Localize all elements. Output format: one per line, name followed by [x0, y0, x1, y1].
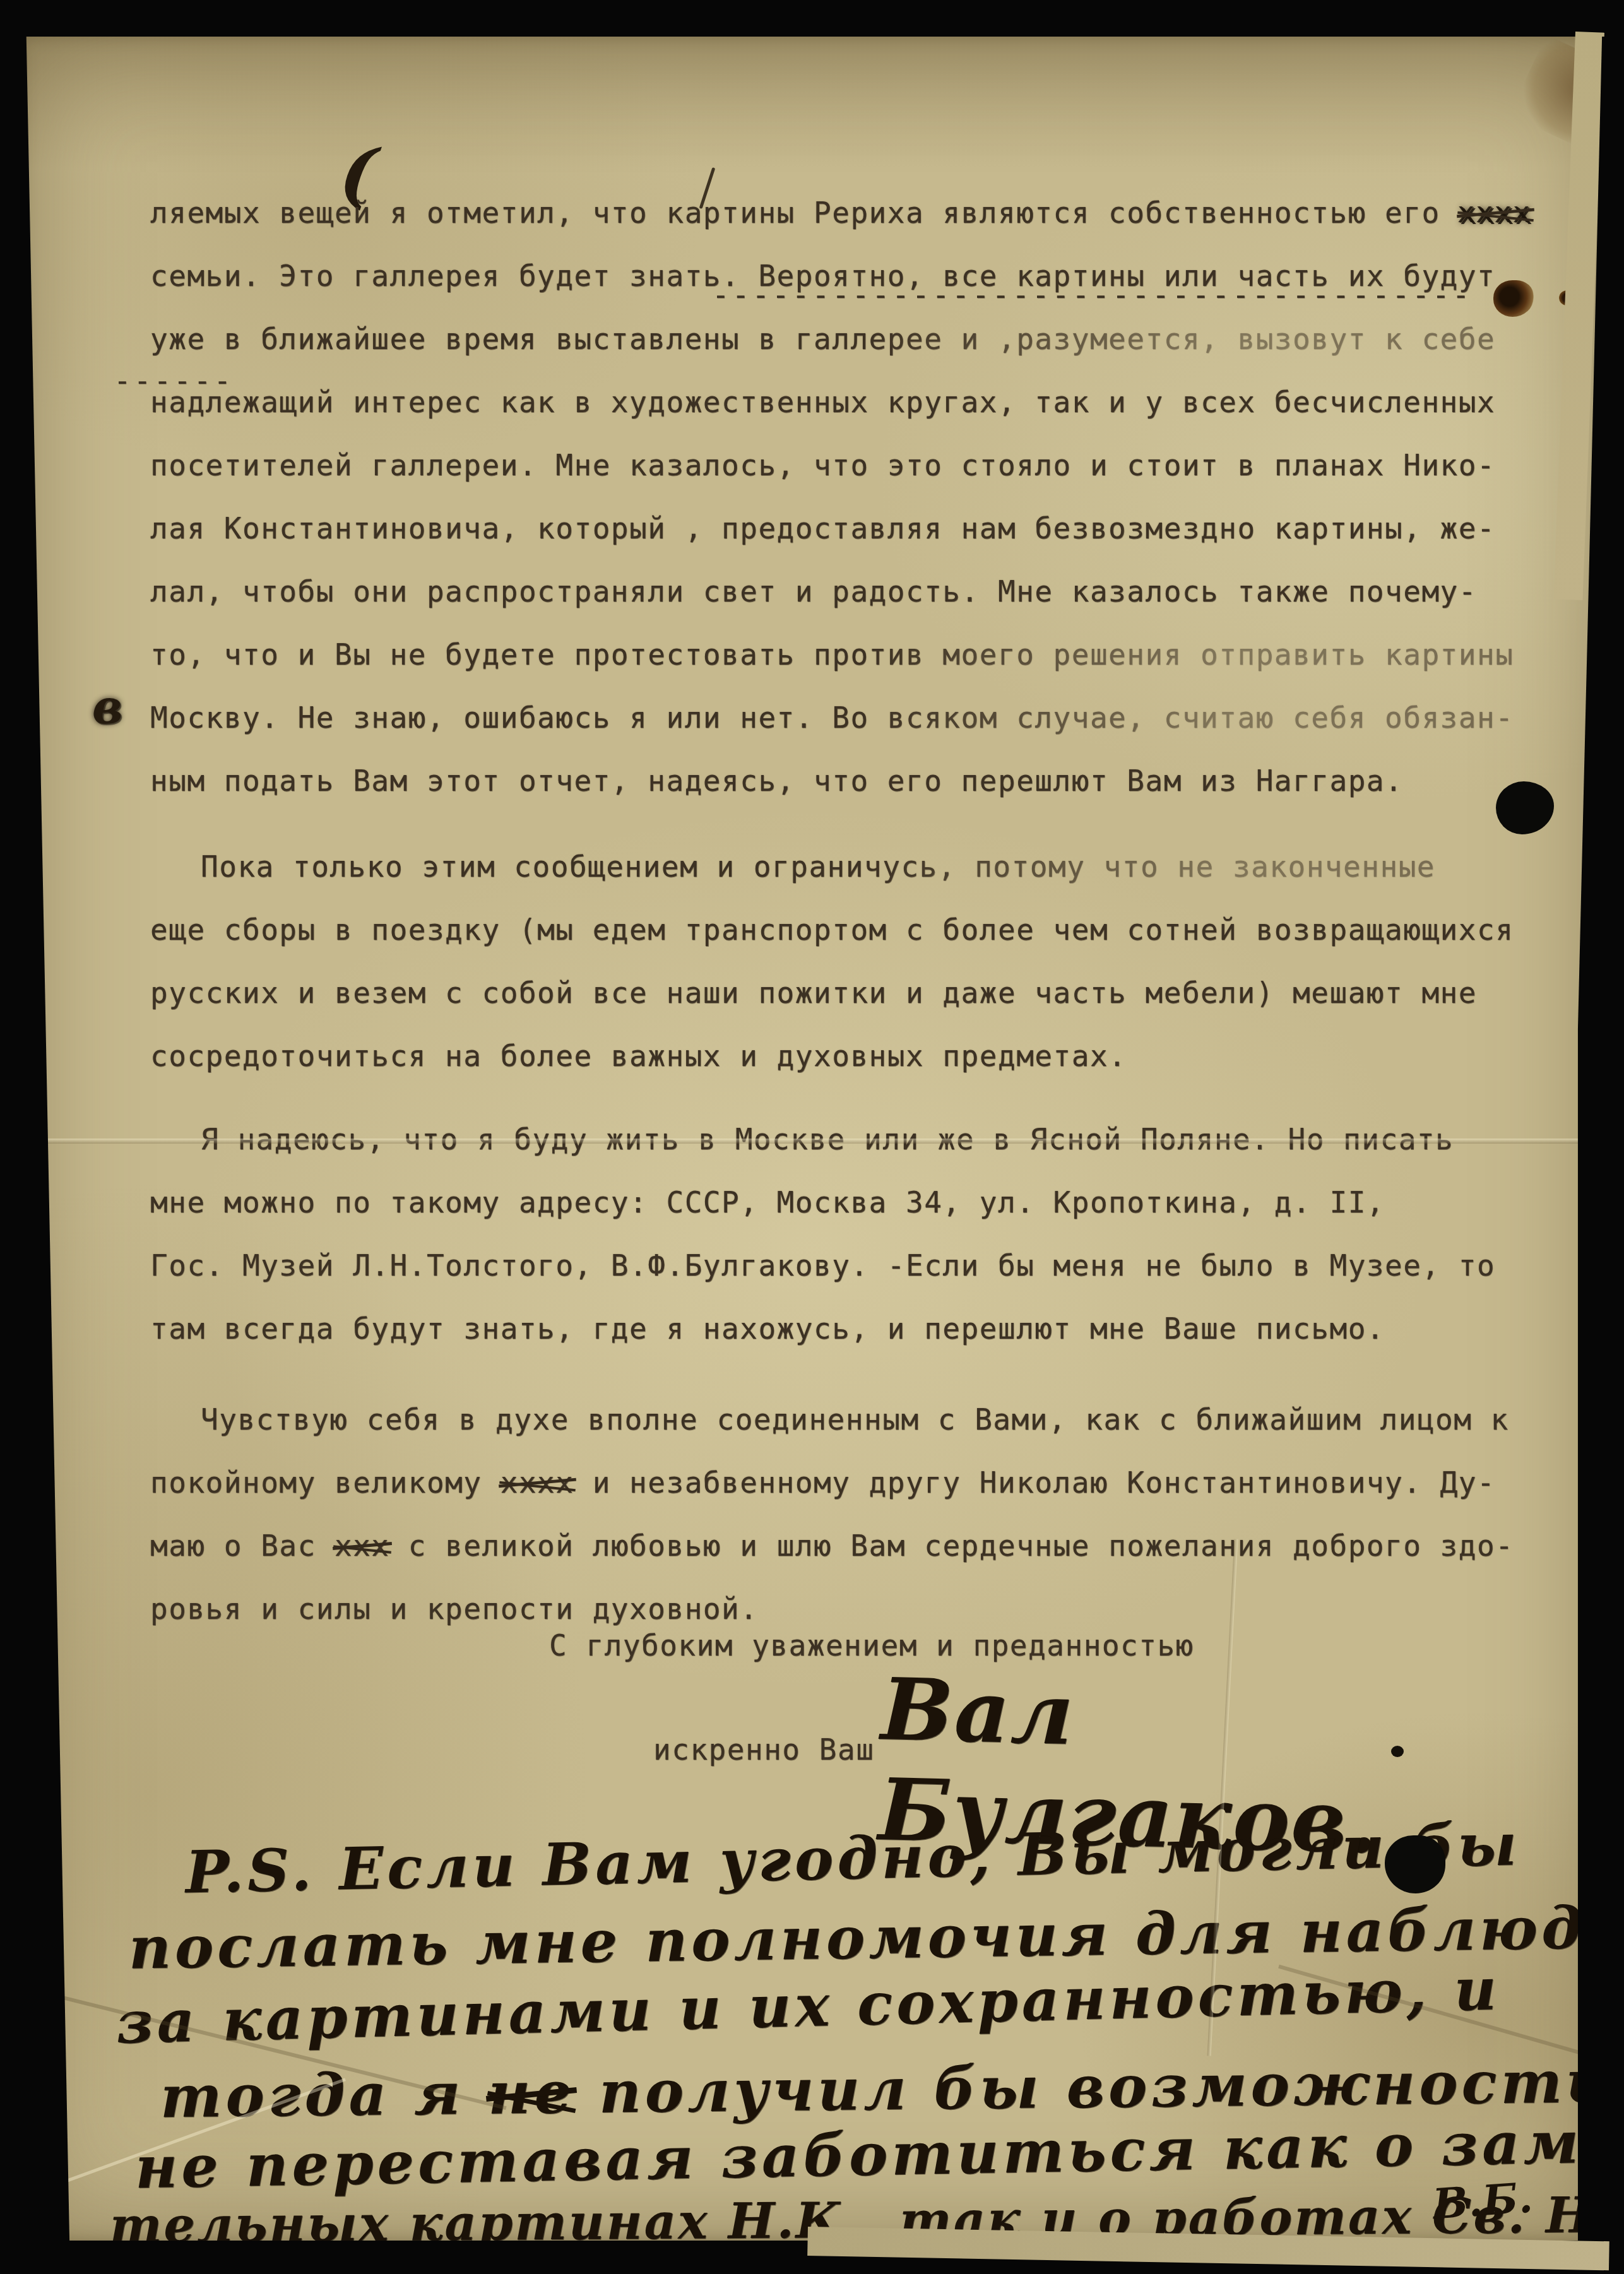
text-segment: лал, чтобы они распространяли свет и рад…	[150, 574, 1477, 608]
text-segment: русских и везем с собой все наши пожитки…	[150, 976, 1477, 1010]
text-segment: маю о Вас	[150, 1529, 335, 1563]
text-segment: ляемых вещей я отметил, что картины Рери…	[150, 196, 1459, 230]
typed-line: то, что и Вы не будете протестовать прот…	[150, 637, 1532, 701]
typed-paragraph: Я надеюсь, что я буду жить в Москве или …	[150, 1122, 1532, 1375]
text-segment: Я надеюсь, что я буду жить в Москве или …	[201, 1122, 1454, 1156]
text-segment: Москву. Не знаю, ошибаюсь я или нет. Во …	[150, 701, 1514, 735]
typed-line: русских и везем с собой все наши пожитки…	[150, 976, 1532, 1039]
closing-line: С глубоким уважением и преданностью	[549, 1628, 1194, 1662]
text-segment: Пока только этим сообщением и ограничусь…	[201, 850, 1435, 884]
typed-line: лая Константиновича, который , предостав…	[150, 511, 1532, 574]
typed-line: Чувствую себя в духе вполне соединенным …	[150, 1402, 1532, 1466]
text-segment: то, что и Вы не будете протестовать прот…	[150, 637, 1514, 672]
typed-line: лал, чтобы они распространяли свет и рад…	[150, 574, 1532, 637]
text-segment: лая Константиновича, который , предостав…	[150, 511, 1495, 545]
text-segment: там всегда будут знать, где я нахожусь, …	[150, 1312, 1385, 1346]
typed-letter-body: ляемых вещей я отметил, что картины Рери…	[150, 196, 1532, 1655]
text-segment: семьи. Это галлерея будет знать. Вероятн…	[150, 259, 1495, 293]
handwritten-insert-mark: в	[92, 680, 123, 735]
struck-text: не	[488, 2058, 576, 2127]
struck-text: ххх	[335, 1529, 390, 1563]
text-segment: покойному великому	[150, 1466, 501, 1500]
text-segment: еще сборы в поездку (мы едем транспортом…	[150, 913, 1514, 947]
typed-line: уже в ближайшее время выставлены в галле…	[150, 322, 1532, 385]
typed-paragraph: Чувствую себя в духе вполне соединенным …	[150, 1402, 1532, 1655]
typed-line: покойному великому хххх и незабвенному д…	[150, 1466, 1532, 1529]
text-segment: P.S. Если Вам угодно, Вы могли бы	[185, 1810, 1521, 1906]
postscript-handwritten: P.S. Если Вам угодно, Вы могли быпослать…	[110, 1840, 1580, 2241]
typed-line: маю о Вас ххх с великой любовью и шлю Ва…	[150, 1529, 1532, 1592]
typed-line: надлежащий интерес как в художественных …	[150, 385, 1532, 448]
text-segment: надлежащий интерес как в художественных …	[150, 385, 1495, 419]
text-segment: ровья и силы и крепости духовной.	[150, 1592, 758, 1626]
letter-paper: ( --------------------------------------…	[21, 37, 1603, 2241]
typed-line: сосредоточиться на более важных и духовн…	[150, 1039, 1532, 1102]
typed-paragraph: Пока только этим сообщением и ограничусь…	[150, 850, 1532, 1102]
scanned-letter-page: ( --------------------------------------…	[0, 0, 1624, 2274]
text-segment: Чувствую себя в духе вполне соединенным …	[201, 1402, 1509, 1436]
text-segment: ным подать Вам этот отчет, надеясь, что …	[150, 764, 1403, 798]
typed-line: Я надеюсь, что я буду жить в Москве или …	[150, 1122, 1532, 1185]
text-segment: уже в ближайшее время выставлены в галле…	[150, 322, 1495, 356]
typed-line: мне можно по такому адресу: СССР, Москва…	[150, 1185, 1532, 1248]
text-segment: и незабвенному другу Николаю Константино…	[574, 1466, 1495, 1500]
struck-text: хххх	[501, 1466, 574, 1500]
typed-line: Гос. Музей Л.Н.Толстого, В.Ф.Булгакову. …	[150, 1248, 1532, 1312]
signoff-line: искренно Ваш	[653, 1732, 874, 1767]
typed-line: еще сборы в поездку (мы едем транспортом…	[150, 913, 1532, 976]
text-segment: посетителей галлереи. Мне казалось, что …	[150, 448, 1495, 482]
typed-line: ным подать Вам этот отчет, надеясь, что …	[150, 764, 1532, 827]
typed-line: Пока только этим сообщением и ограничусь…	[150, 850, 1532, 913]
typed-line: семьи. Это галлерея будет знать. Вероятн…	[150, 259, 1532, 322]
struck-text: хххх	[1459, 196, 1532, 230]
text-segment: сосредоточиться на более важных и духовн…	[150, 1039, 1127, 1073]
text-segment: с великой любовью и шлю Вам сердечные по…	[390, 1529, 1514, 1563]
typed-line: ляемых вещей я отметил, что картины Рери…	[150, 196, 1532, 259]
typed-line: посетителей галлереи. Мне казалось, что …	[150, 448, 1532, 511]
text-segment: мне можно по такому адресу: СССР, Москва…	[150, 1185, 1385, 1219]
typed-line: Москву. Не знаю, ошибаюсь я или нет. Во …	[150, 701, 1532, 764]
text-segment: тогда я	[160, 2059, 488, 2131]
postscript-initials: В.Б.	[1431, 2173, 1534, 2229]
text-segment: Гос. Музей Л.Н.Толстого, В.Ф.Булгакову. …	[150, 1248, 1495, 1282]
typed-line: там всегда будут знать, где я нахожусь, …	[150, 1312, 1532, 1375]
typed-paragraph: ляемых вещей я отметил, что картины Рери…	[150, 196, 1532, 827]
